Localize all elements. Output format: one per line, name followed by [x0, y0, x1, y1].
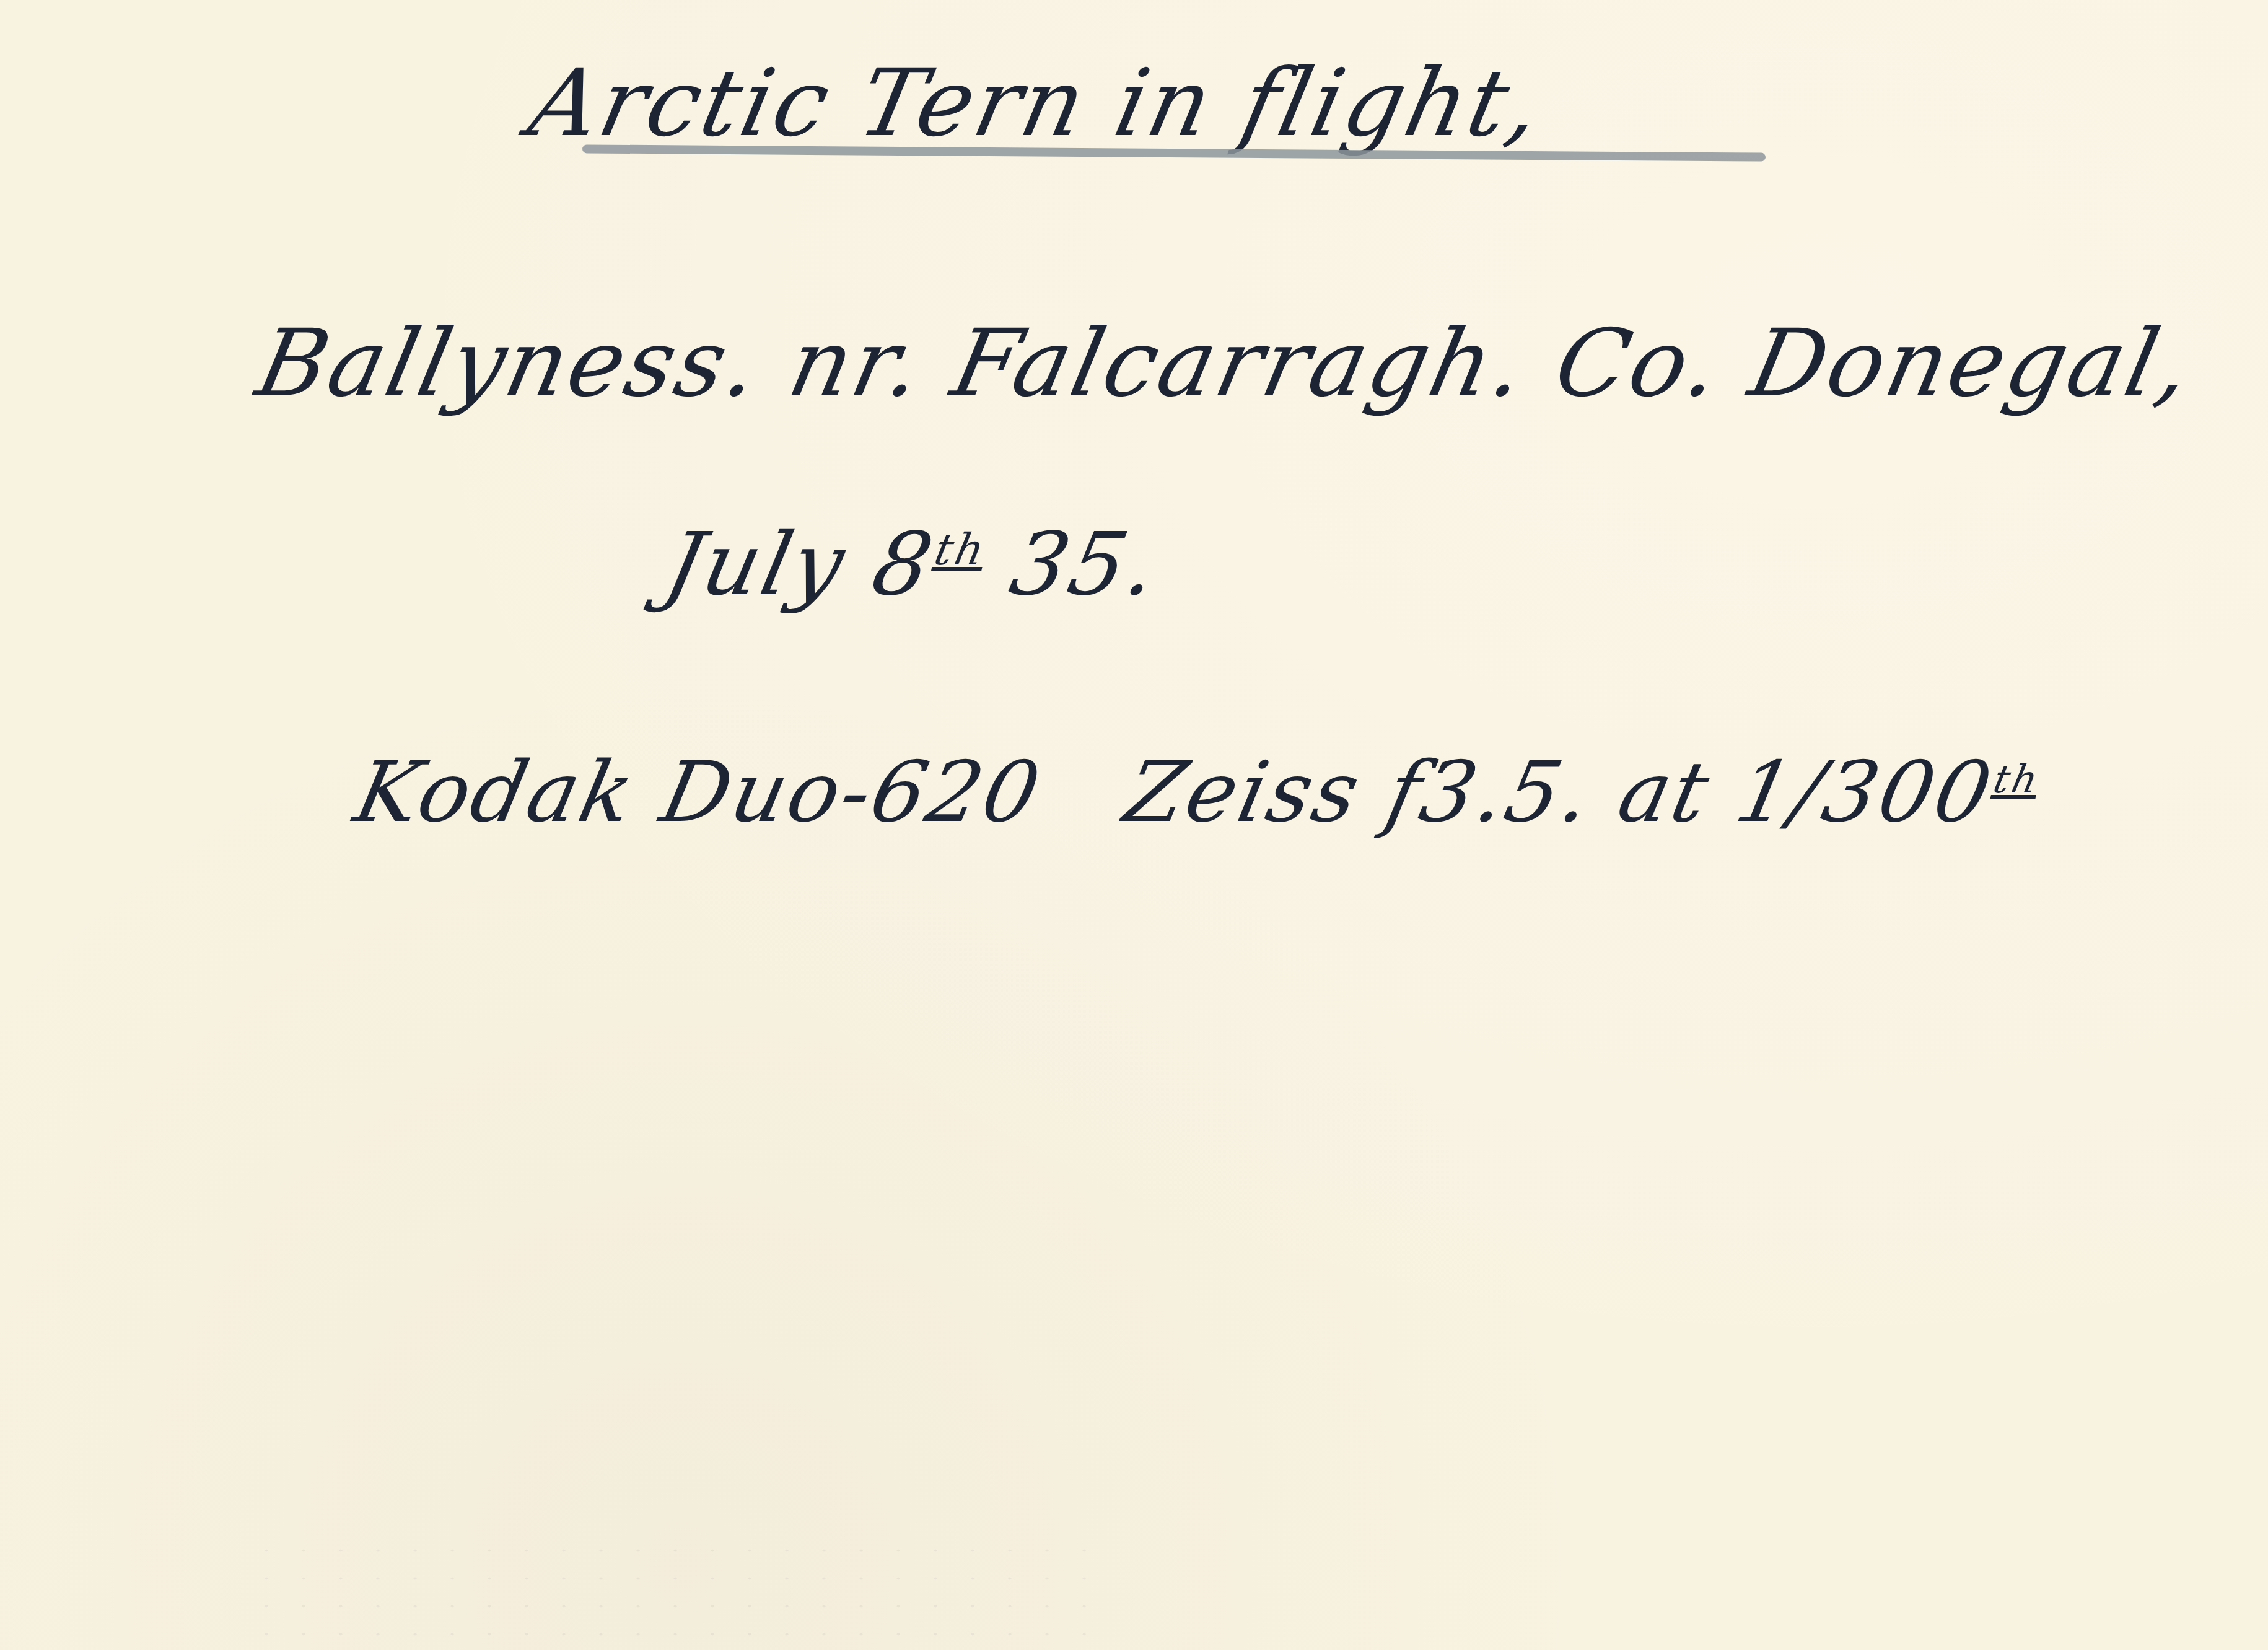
caption-location: Ballyness. nr. Falcarragh. Co. Donegal,	[248, 310, 2203, 418]
caption-camera: Kodak Duo-620 Zeiss f3.5. at 1/300th	[347, 744, 2047, 841]
camera-lens: Zeiss f3.5. at 1/300	[1117, 744, 2002, 841]
caption-title: Arctic Tern in flight,	[520, 50, 1552, 157]
caption-date: July 8th 35.	[657, 514, 1169, 615]
date-main: July 8	[657, 514, 943, 615]
paper-specks	[248, 1537, 1115, 1648]
date-year: 35.	[972, 514, 1169, 615]
camera-suffix: th	[1990, 757, 2044, 802]
photo-back-card: Arctic Tern in flight, Ballyness. nr. Fa…	[0, 0, 2268, 1650]
camera-model: Kodak Duo-620	[347, 744, 1050, 841]
